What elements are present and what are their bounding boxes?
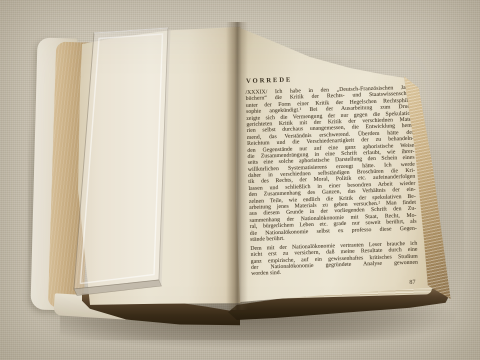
left-page	[68, 24, 244, 310]
photo-canvas: VORREDE /XXXIX/ Ich habe in den „Deutsch…	[0, 0, 480, 360]
book-gutter-shadow	[226, 22, 248, 310]
paragraph-1: /XXXIX/ Ich habe in den „Deutsch-Französ…	[245, 85, 417, 244]
page-text: VORREDE /XXXIX/ Ich habe in den „Deutsch…	[245, 73, 419, 291]
page-number: 87	[251, 278, 418, 290]
paragraph-2: Dem mit der Nationalökonomie vertrauten …	[250, 241, 418, 278]
